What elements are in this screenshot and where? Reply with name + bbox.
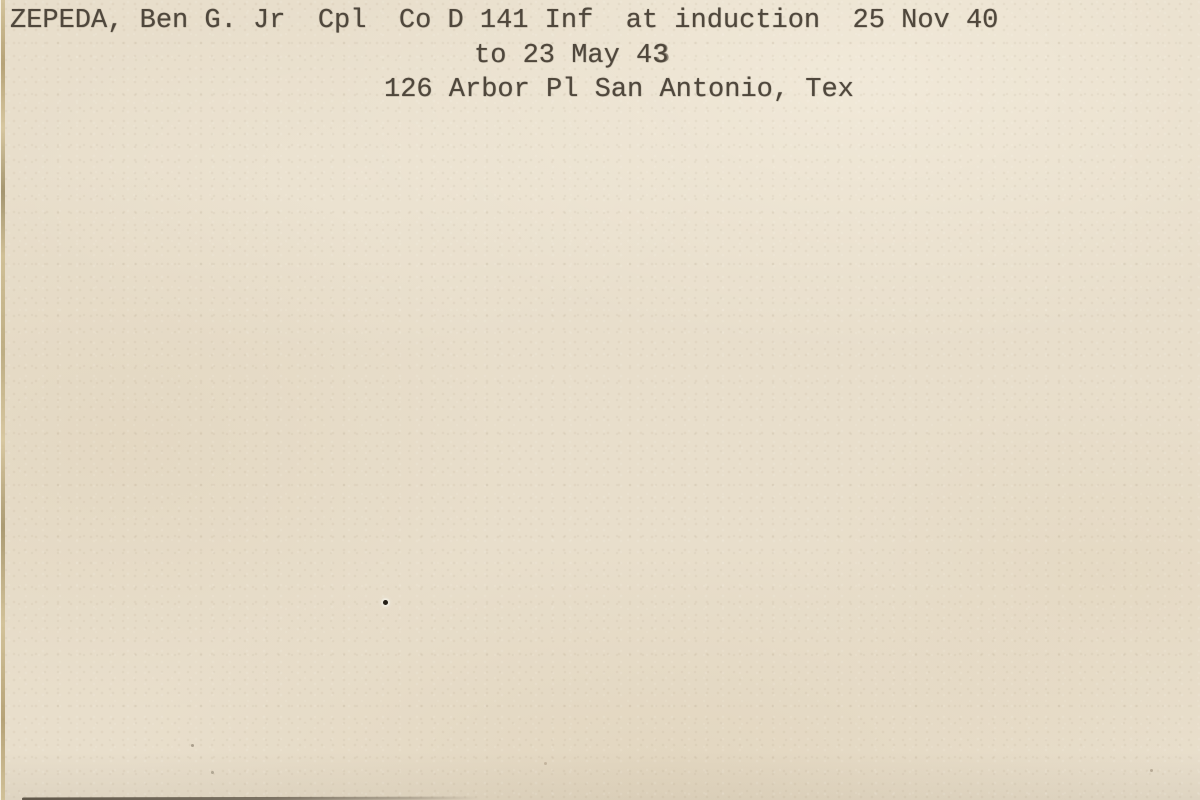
paper-speck [211, 771, 214, 774]
ink-speck [383, 600, 388, 605]
typed-line-discharge-date: to 23 May 43 [474, 41, 668, 72]
typed-line-name-rank-unit-induction: ZEPEDA, Ben G. Jr Cpl Co D 141 Inf at in… [10, 6, 998, 37]
card-bottom-edge-shadow [22, 797, 480, 800]
index-card-scan: ZEPEDA, Ben G. Jr Cpl Co D 141 Inf at in… [0, 0, 1200, 800]
paper-speck [544, 762, 547, 765]
paper-mottle-texture [0, 0, 1200, 800]
typewriter-overstrike-digit: 3 [653, 40, 671, 72]
typed-line-address: 126 Arbor Pl San Antonio, Tex [384, 75, 854, 106]
paper-speck [191, 744, 194, 747]
paper-speck [1150, 769, 1153, 772]
paper-grain-texture [0, 0, 1200, 800]
card-left-edge [0, 0, 5, 800]
